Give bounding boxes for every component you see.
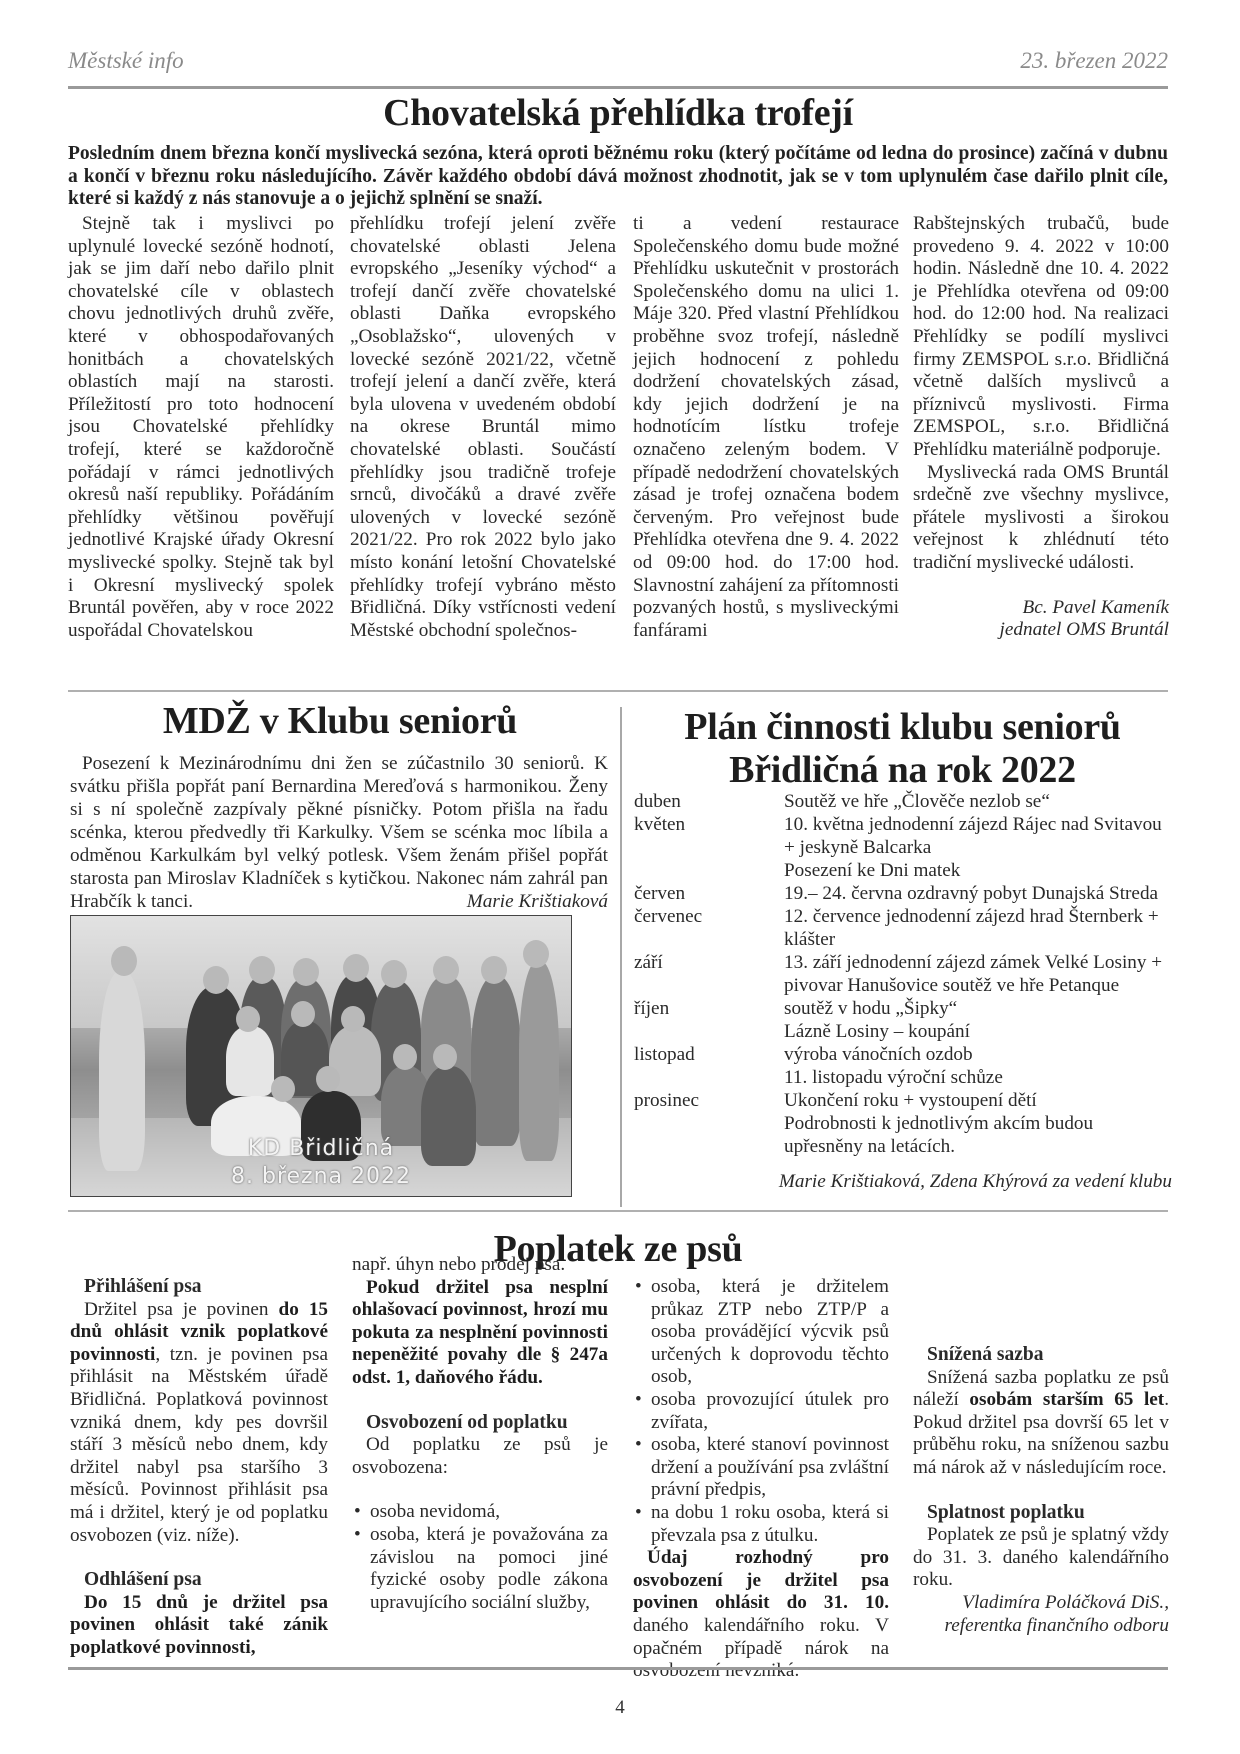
footer-divider bbox=[68, 1667, 1168, 1670]
schedule-month: prosinec bbox=[634, 1089, 784, 1158]
author-role: referentka finančního odboru bbox=[913, 1615, 1169, 1638]
dogfee-column-4: Snížená sazba Snížená sazba poplatku ze … bbox=[913, 1322, 1169, 1637]
schedule-row: květen 10. května jednodenní zájezd Ráje… bbox=[634, 813, 1174, 882]
page-number: 4 bbox=[0, 1697, 1240, 1719]
list-item: osoba, které stanoví povinnost držení a … bbox=[633, 1434, 889, 1502]
photo-caption-date: 8. března 2022 bbox=[71, 1164, 571, 1189]
section-heading-deregistration: Odhlášení psa bbox=[70, 1569, 328, 1592]
article-lead: Posledním dnem března končí myslivecká s… bbox=[68, 143, 1168, 211]
schedule-item: 11. listopadu výroční schůze bbox=[784, 1066, 1174, 1089]
author-name: Vladimíra Poláčková DiS., bbox=[913, 1592, 1169, 1615]
paragraph: Poplatek ze psů je splatný vždy do 31. 3… bbox=[913, 1524, 1169, 1592]
schedule-month: říjen bbox=[634, 997, 784, 1043]
figure-head bbox=[293, 958, 319, 986]
paragraph: Držitel psa je povinen do 15 dnů ohlásit… bbox=[70, 1299, 328, 1548]
figure-head bbox=[393, 1044, 417, 1070]
article1-column-1: Stejně tak i myslivci po uplynulé loveck… bbox=[68, 213, 334, 642]
figure bbox=[226, 1026, 274, 1096]
author-name: Bc. Pavel Kameník bbox=[913, 597, 1169, 620]
paragraph: Pokud držitel psa nesplní ohlašovací pov… bbox=[352, 1277, 608, 1390]
schedule-row: září 13. září jednodenní zájezd zámek Ve… bbox=[634, 951, 1174, 997]
section-heading-registration: Přihlášení psa bbox=[70, 1276, 328, 1299]
header-divider bbox=[68, 86, 1168, 89]
section-heading-reduced-rate: Snížená sazba bbox=[913, 1344, 1169, 1367]
schedule-month: listopad bbox=[634, 1043, 784, 1089]
schedule-item: 12. července jednodenní zájezd hrad Šter… bbox=[784, 905, 1174, 951]
schedule-month: červenec bbox=[634, 905, 784, 951]
dogfee-column-1: Přihlášení psa Držitel psa je povinen do… bbox=[70, 1276, 328, 1660]
author-role: jednatel OMS Bruntál bbox=[913, 619, 1169, 642]
activity-schedule: duben Soutěž ve hře „Člověče nezlob se“ … bbox=[634, 790, 1174, 1158]
paragraph: Posezení k Mezinárodnímu dni žen se zúča… bbox=[70, 753, 608, 912]
title-line-1: Plán činnosti klubu seniorů bbox=[684, 706, 1120, 748]
schedule-row: červen 19.– 24. června ozdravný pobyt Du… bbox=[634, 882, 1174, 905]
schedule-item: 13. září jednodenní zájezd zámek Velké L… bbox=[784, 951, 1174, 997]
list-item: osoba, která je považována za závislou n… bbox=[352, 1524, 608, 1614]
paragraph: Od poplatku ze psů je osvobozena: bbox=[352, 1434, 608, 1479]
list-item: osoba, která je držitelem průkaz ZTP neb… bbox=[633, 1276, 889, 1389]
paragraph: Myslivecká rada OMS Bruntál srdečně zve … bbox=[913, 462, 1169, 575]
text: daného kalendářního roku. V opačném příp… bbox=[633, 1615, 889, 1681]
list-item: na dobu 1 roku osoba, která si převzala … bbox=[633, 1502, 889, 1547]
article-title-trophy-show: Chovatelská přehlídka trofejí bbox=[68, 92, 1168, 135]
schedule-item: Lázně Losiny – koupání bbox=[784, 1020, 1174, 1043]
dogfee-column-3: osoba, která je držitelem průkaz ZTP neb… bbox=[633, 1276, 889, 1683]
text: , tzn. je povinen psa přihlásit na Městs… bbox=[70, 1344, 328, 1546]
article-title-mdz: MDŽ v Klubu seniorů bbox=[68, 700, 612, 743]
section-divider bbox=[68, 690, 1168, 692]
bold-text: Údaj rozhodný pro osvobození je držitel … bbox=[633, 1547, 889, 1613]
exemption-list: osoba nevidomá, osoba, která je považová… bbox=[352, 1501, 608, 1614]
photo-caption-place: KD Břidličná bbox=[71, 1136, 571, 1161]
schedule-month: září bbox=[634, 951, 784, 997]
plan-signature: Marie Krištiaková, Zdena Khýrová za vede… bbox=[779, 1171, 1172, 1193]
schedule-item: 10. května jednodenní zájezd Rájec nad S… bbox=[784, 813, 1174, 859]
paragraph: např. úhyn nebo prodej psa. bbox=[352, 1254, 608, 1277]
figure-head bbox=[203, 966, 229, 994]
list-item: osoba provozující útulek pro zvířata, bbox=[633, 1389, 889, 1434]
bold-text: Pokud držitel psa nesplní ohlašovací pov… bbox=[352, 1277, 608, 1388]
schedule-month: květen bbox=[634, 813, 784, 882]
paragraph: Stejně tak i myslivci po uplynulé loveck… bbox=[68, 213, 334, 642]
schedule-row: říjen soutěž v hodu „Šipky“ Lázně Losiny… bbox=[634, 997, 1174, 1043]
paragraph: Snížená sazba poplatku ze psů náleží oso… bbox=[913, 1367, 1169, 1480]
figure-head bbox=[316, 1066, 340, 1092]
figure-head bbox=[341, 1006, 365, 1032]
dogfee-column-2: např. úhyn nebo prodej psa. Pokud držite… bbox=[352, 1254, 608, 1614]
schedule-item: Posezení ke Dni matek bbox=[784, 859, 1174, 882]
paragraph: Do 15 dnů je držitel psa povinen ohlásit… bbox=[70, 1592, 328, 1660]
column-divider bbox=[620, 707, 622, 1207]
figure-head bbox=[236, 1006, 260, 1032]
schedule-month: červen bbox=[634, 882, 784, 905]
figure bbox=[471, 976, 521, 1146]
issue-date: 23. březen 2022 bbox=[1020, 48, 1168, 74]
text: Držitel psa je povinen bbox=[84, 1299, 279, 1320]
schedule-item: Ukončení roku + vystoupení dětí bbox=[784, 1089, 1174, 1112]
figure-head bbox=[271, 1076, 295, 1102]
group-photo: KD Břidličná 8. března 2022 bbox=[70, 915, 572, 1197]
schedule-item: 19.– 24. června ozdravný pobyt Dunajská … bbox=[784, 882, 1174, 905]
publication-name: Městské info bbox=[68, 48, 184, 74]
schedule-month: duben bbox=[634, 790, 784, 813]
paragraph: Rabštejnských trubačů, bude provedeno 9.… bbox=[913, 213, 1169, 462]
exemption-list: osoba, která je držitelem průkaz ZTP neb… bbox=[633, 1276, 889, 1547]
figure-head bbox=[381, 960, 407, 988]
schedule-row: červenec 12. července jednodenní zájezd … bbox=[634, 905, 1174, 951]
figure-head bbox=[343, 954, 369, 982]
bold-text: Do 15 dnů je držitel psa povinen ohlásit… bbox=[70, 1592, 328, 1658]
text: např. úhyn nebo prodej psa. bbox=[352, 1254, 565, 1275]
bold-text: osobám starším 65 let bbox=[969, 1389, 1164, 1410]
figure-head bbox=[523, 940, 549, 968]
schedule-item: Soutěž ve hře „Člověče nezlob se“ bbox=[784, 790, 1174, 813]
schedule-row: duben Soutěž ve hře „Člověče nezlob se“ bbox=[634, 790, 1174, 813]
figure bbox=[519, 961, 559, 1161]
figure-head bbox=[249, 956, 275, 984]
article1-column-4: Rabštejnských trubačů, bude provedeno 9.… bbox=[913, 213, 1169, 642]
list-item: osoba nevidomá, bbox=[352, 1501, 608, 1524]
article1-column-3: ti a vedení restaurace Společenského dom… bbox=[633, 213, 899, 642]
schedule-item: výroba vánočních ozdob bbox=[784, 1043, 1174, 1066]
figure-head bbox=[481, 956, 507, 984]
author-name: Marie Krištiaková bbox=[455, 890, 608, 913]
paragraph: přehlídku trofejí jelení zvěře chovatels… bbox=[350, 213, 616, 642]
figure-head bbox=[291, 1001, 315, 1027]
figure-head bbox=[111, 946, 137, 976]
article-title-dog-fee: Poplatek ze psů bbox=[68, 1228, 1168, 1271]
schedule-item: soutěž v hodu „Šipky“ bbox=[784, 997, 1174, 1020]
figure-head bbox=[433, 1044, 457, 1070]
title-line-2: Břidličná na rok 2022 bbox=[729, 749, 1076, 791]
schedule-row: prosinec Ukončení roku + vystoupení dětí… bbox=[634, 1089, 1174, 1158]
paragraph: ti a vedení restaurace Společenského dom… bbox=[633, 213, 899, 642]
section-heading-due-date: Splatnost poplatku bbox=[913, 1502, 1169, 1525]
section-heading-exemption: Osvobození od poplatku bbox=[352, 1412, 608, 1435]
schedule-row: listopad výroba vánočních ozdob 11. list… bbox=[634, 1043, 1174, 1089]
schedule-item: Podrobnosti k jednotlivým akcím budou up… bbox=[784, 1112, 1174, 1158]
article1-column-2: přehlídku trofejí jelení zvěře chovatels… bbox=[350, 213, 616, 642]
article2-body: Posezení k Mezinárodnímu dni žen se zúča… bbox=[70, 752, 608, 913]
figure-head bbox=[433, 956, 459, 984]
section-divider bbox=[68, 1210, 1168, 1212]
paragraph: Údaj rozhodný pro osvobození je držitel … bbox=[633, 1547, 889, 1683]
article-title-plan: Plán činnosti klubu seniorů Břidličná na… bbox=[630, 706, 1175, 791]
